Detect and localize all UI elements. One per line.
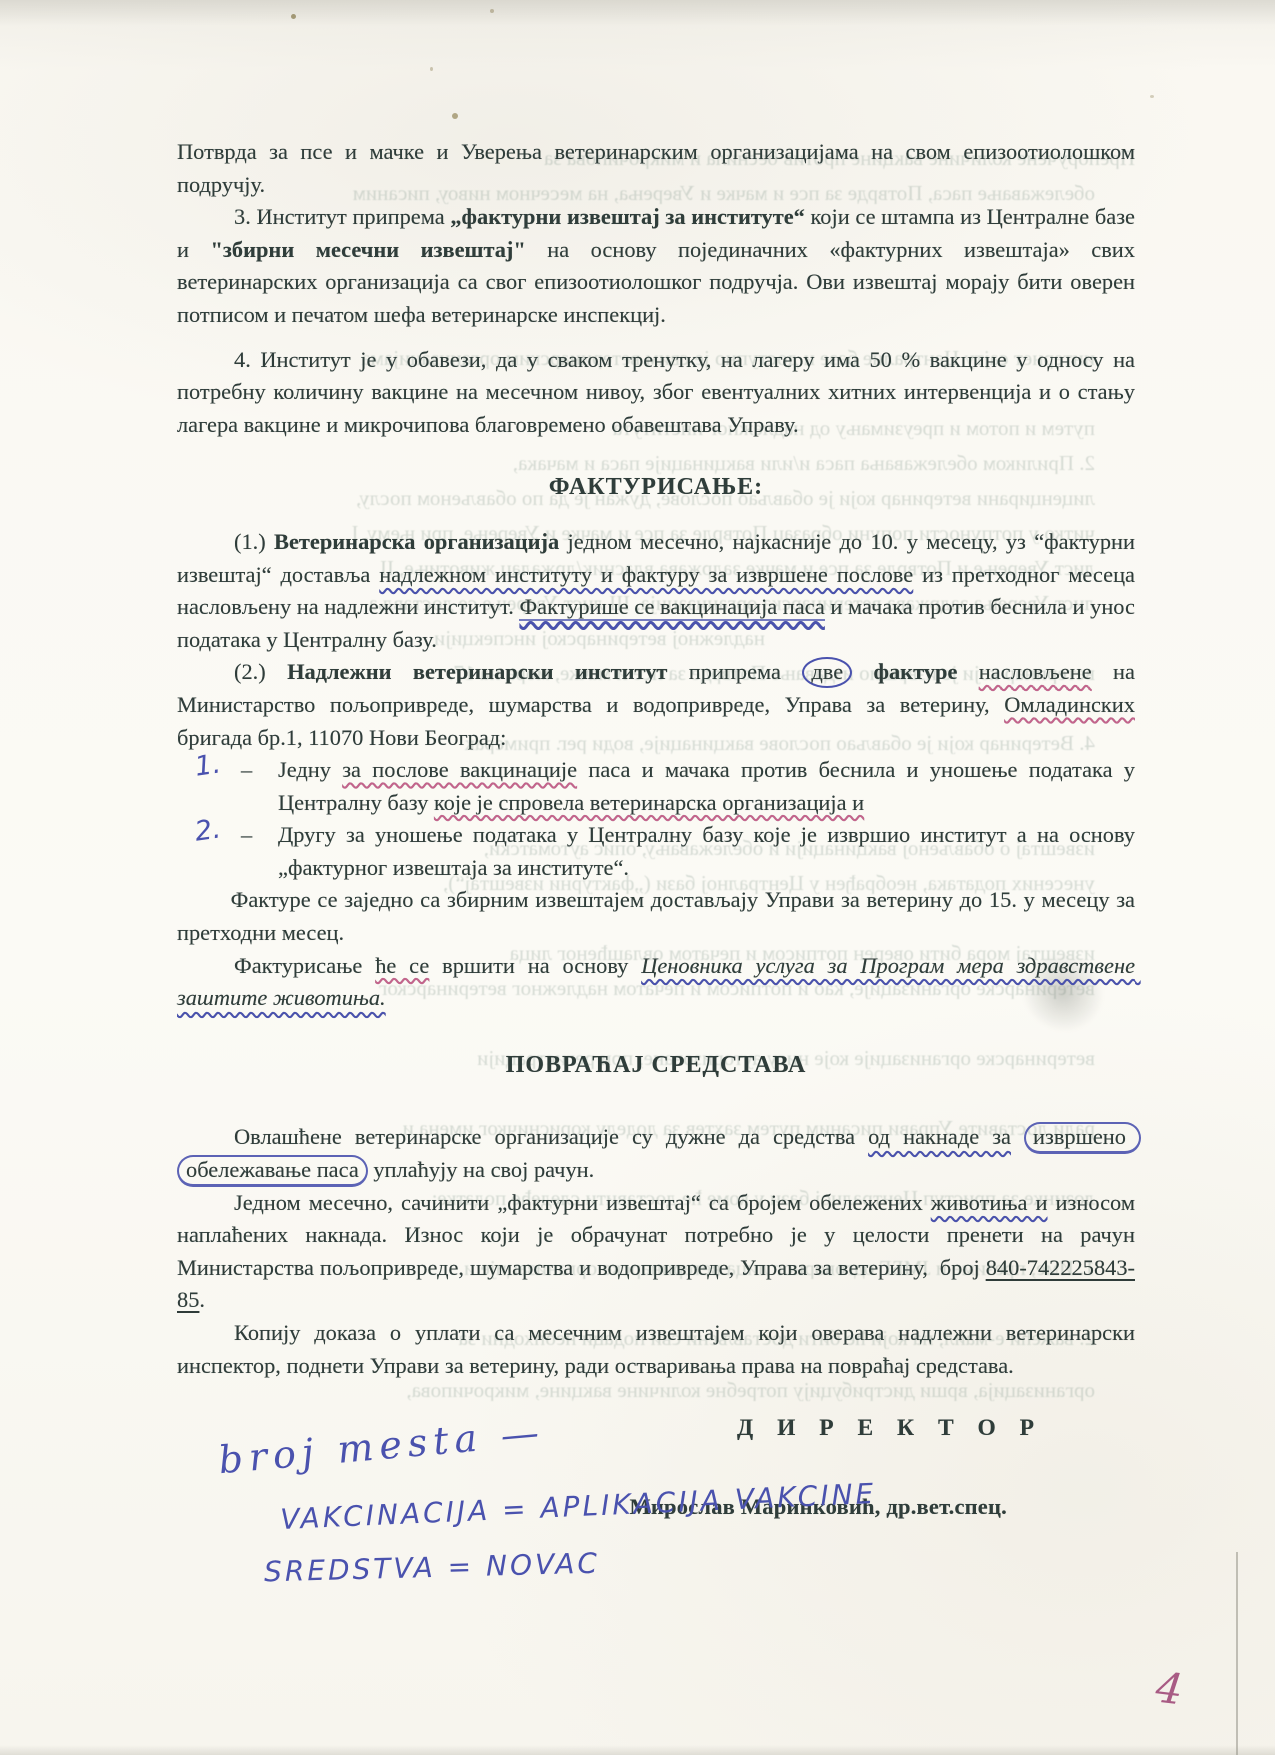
text-run: Једну bbox=[278, 757, 342, 782]
text-run: Фактурисање bbox=[234, 953, 375, 978]
text-run: насловљене bbox=[979, 659, 1092, 684]
text-run: . bbox=[199, 1287, 205, 1312]
scan-speck bbox=[430, 67, 433, 71]
text-run: Фактуре се заједно са збирним извештајем… bbox=[177, 887, 1141, 945]
text-run: Д И Р Е К Т О Р bbox=[737, 1415, 1043, 1441]
text-run: које је спровела ветеринарска организаци… bbox=[434, 790, 864, 815]
para-invoicing-2: (2.) Надлежни ветеринарски институт прип… bbox=[177, 656, 1135, 754]
text-run: ФАКТУРИСАЊЕ: bbox=[549, 474, 763, 500]
text-run: Другу за уношење података у Централну ба… bbox=[278, 822, 1141, 880]
para-refund-3: Копију доказа о уплати са месечним извеш… bbox=[177, 1317, 1135, 1382]
invoice-list: 1.–Једну за послове вакцинације паса и м… bbox=[177, 754, 1135, 884]
dash-marker: – bbox=[241, 754, 252, 787]
scan-speck bbox=[1150, 95, 1154, 98]
text-run: (1.) bbox=[234, 529, 274, 554]
para-item-3: 3. Институт припрема „фактурни извештај … bbox=[177, 201, 1135, 331]
text-run: Једном месечно, сачинити „фактурни извеш… bbox=[234, 1190, 931, 1215]
text-run: Потврда за псе и мачке и Уверења ветерин… bbox=[177, 139, 1141, 197]
para-invoicing-1: (1.) Ветеринарска организација једном ме… bbox=[177, 526, 1135, 656]
text-run: 4. Институт је у обавези, да у сваком тр… bbox=[177, 347, 1141, 437]
scanned-document-page: Препоручене количине вакцине против бесн… bbox=[0, 0, 1275, 1755]
heading-refund: ПОВРАЋАЈ СРЕДСТАВА bbox=[177, 1049, 1135, 1082]
dash-marker: – bbox=[241, 819, 252, 852]
text-run: „фактурни извештај за институте“ bbox=[450, 204, 805, 229]
scan-edge-line bbox=[1236, 1552, 1238, 1755]
para-item-4: 4. Институт је у обавези, да у сваком тр… bbox=[177, 344, 1135, 442]
handwritten-page-number: 4 bbox=[1153, 1663, 1186, 1715]
handwritten-item-number: 2. bbox=[193, 814, 223, 850]
para-refund-2: Једном месечно, сачинити „фактурни извеш… bbox=[177, 1187, 1135, 1317]
text-run: 3. Институт припрема bbox=[234, 204, 450, 229]
scan-speck bbox=[291, 14, 296, 19]
text-run: (2.) bbox=[234, 659, 287, 684]
text-run bbox=[1011, 1124, 1024, 1149]
heading-invoicing: ФАКТУРИСАЊЕ: bbox=[177, 471, 1135, 504]
handwritten-note-sredstva: SREDSTVA = NOVAC bbox=[264, 1547, 601, 1589]
text-run bbox=[852, 659, 873, 684]
list-item: 1.–Једну за послове вакцинације паса и м… bbox=[241, 754, 1135, 819]
list-item: 2.–Другу за уношење података у Централну… bbox=[241, 819, 1135, 884]
text-run: две bbox=[802, 657, 852, 688]
text-run: Овлашћене ветеринарске организације су д… bbox=[234, 1124, 868, 1149]
para-refund-1: Овлашћене ветеринарске организације су д… bbox=[177, 1121, 1135, 1186]
document-text-column: Потврда за псе и мачке и Уверења ветерин… bbox=[177, 136, 1135, 1523]
text-run: уплаћују на свој рачун. bbox=[368, 1157, 594, 1182]
para-pricelist: Фактурисање ће се вршити на основу Ценов… bbox=[177, 950, 1135, 1015]
text-run: Омладинских bbox=[1004, 692, 1135, 717]
text-run: вршити на основу bbox=[429, 953, 641, 978]
text-run: ће се bbox=[375, 953, 429, 978]
text-run: за послове вакцинације bbox=[342, 757, 577, 782]
text-run: надлежном институту и фактуру за извршен… bbox=[379, 562, 913, 587]
handwritten-item-number: 1. bbox=[193, 748, 223, 784]
text-run: Ветеринарска организација bbox=[274, 529, 559, 554]
text-run: Фактурише се вакцинација паса bbox=[519, 594, 824, 621]
text-run: Копију доказа о уплати са месечним извеш… bbox=[177, 1320, 1141, 1378]
para-certificates: Потврда за псе и мачке и Уверења ветерин… bbox=[177, 136, 1135, 201]
text-run: припрема bbox=[667, 659, 802, 684]
scan-speck bbox=[452, 113, 458, 119]
para-joint-submission: Фактуре се заједно са збирним извештајем… bbox=[177, 884, 1135, 949]
text-run: фактуре bbox=[874, 659, 958, 684]
text-run: "збирни месечни извештај" bbox=[210, 237, 525, 262]
scan-speck bbox=[490, 9, 494, 13]
text-run: Надлежни ветеринарски институт bbox=[287, 659, 667, 684]
text-run: ПОВРАЋАЈ СРЕДСТАВА bbox=[506, 1052, 807, 1078]
text-run bbox=[957, 659, 978, 684]
text-run: животиња и bbox=[931, 1190, 1048, 1215]
text-run: од накнаде за bbox=[868, 1124, 1011, 1149]
